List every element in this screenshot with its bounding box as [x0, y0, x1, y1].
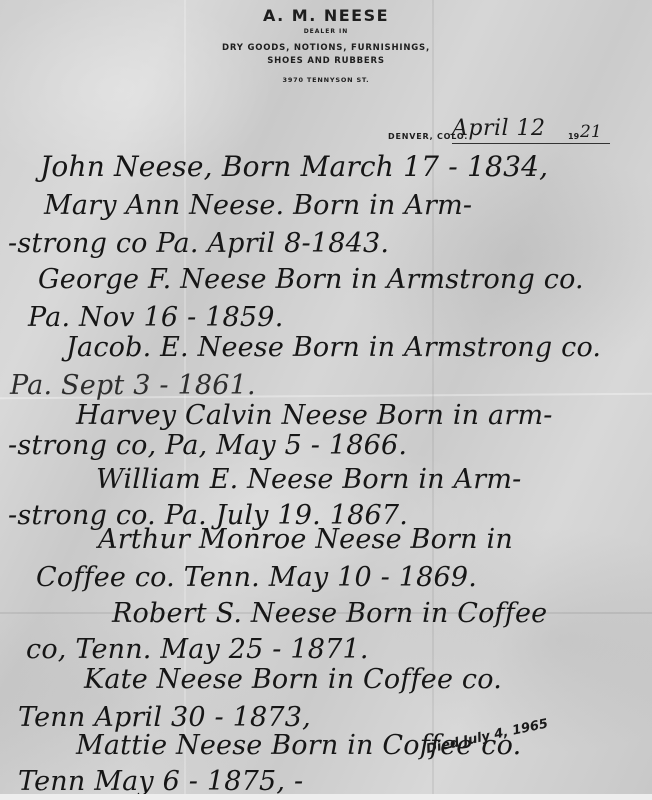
handwritten-line: Kate Neese Born in Coffee co. [84, 664, 502, 695]
handwritten-line: Arthur Monroe Neese Born in [98, 524, 513, 555]
handwritten-line: Tenn May 6 - 1875, - [18, 766, 303, 794]
date-underline [452, 143, 610, 144]
handwritten-line: Pa. Sept 3 - 1861. [10, 370, 256, 401]
handwritten-line: co, Tenn. May 25 - 1871. [26, 634, 369, 665]
letterhead-goods-line-2: SHOES AND RUBBERS [0, 56, 652, 66]
letterhead-goods-line-1: DRY GOODS, NOTIONS, FURNISHINGS, [0, 43, 652, 53]
handwritten-line: Coffee co. Tenn. May 10 - 1869. [36, 562, 477, 593]
handwritten-line: Mary Ann Neese. Born in Arm- [44, 190, 472, 221]
letterhead-dealer-in: DEALER IN [0, 28, 652, 35]
date-year-handwritten: 21 [580, 122, 602, 142]
letterhead-name: A. M. NEESE [0, 6, 652, 25]
handwritten-line: Robert S. Neese Born in Coffee [112, 598, 547, 629]
handwritten-line: Jacob. E. Neese Born in Armstrong co. [66, 332, 601, 363]
date-line: DENVER, COLO. April 12 19 21 [370, 118, 650, 148]
handwritten-line: Tenn April 30 - 1873, [18, 702, 311, 733]
handwritten-line: John Neese, Born March 17 - 1834, [40, 150, 548, 183]
handwritten-line: -strong co, Pa, May 5 - 1866. [8, 430, 407, 461]
handwritten-line: -strong co Pa. April 8-1843. [8, 228, 389, 259]
date-year-printed: 19 [568, 132, 579, 141]
handwritten-line: George F. Neese Born in Armstrong co. [38, 264, 584, 295]
letterhead-address: 3970 TENNYSON ST. [0, 76, 652, 84]
letter-paper: A. M. NEESE DEALER IN DRY GOODS, NOTIONS… [0, 0, 652, 794]
handwritten-line: Pa. Nov 16 - 1859. [28, 302, 283, 333]
handwritten-line: Harvey Calvin Neese Born in arm- [76, 400, 553, 431]
scan-border [0, 794, 652, 800]
date-handwritten: April 12 [452, 116, 546, 141]
handwritten-line: William E. Neese Born in Arm- [96, 464, 522, 495]
